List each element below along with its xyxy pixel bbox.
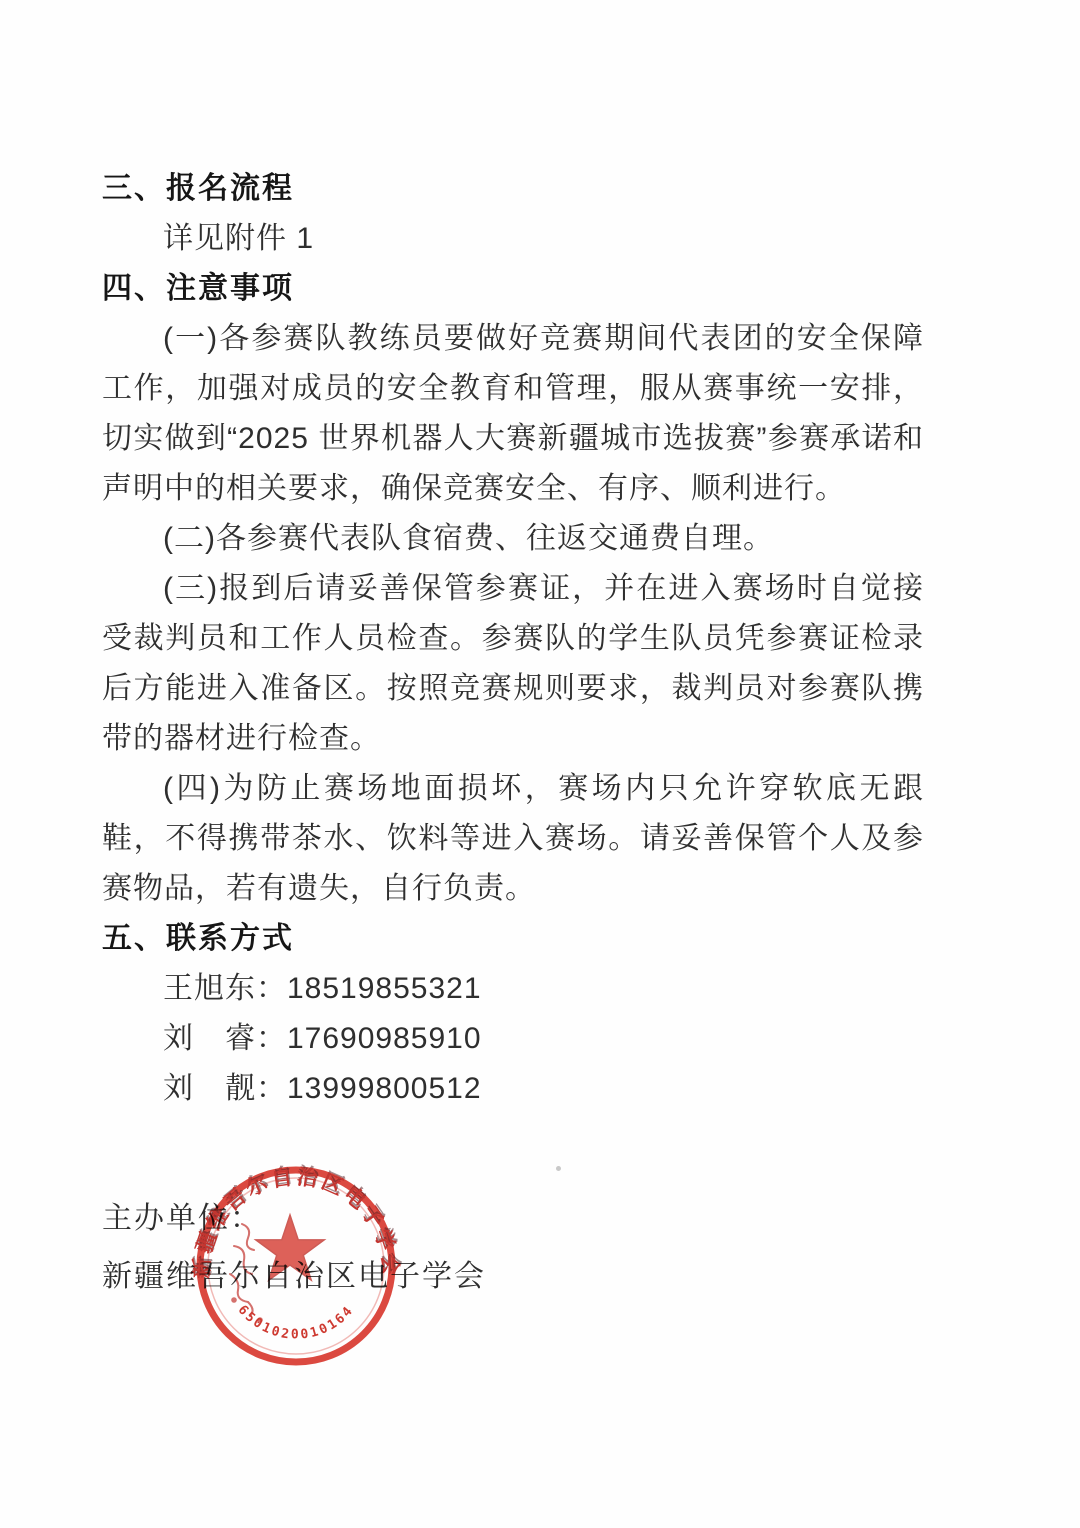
contact-line-liu-rui: 刘 睿：17690985910 — [102, 1014, 924, 1064]
note-paragraph-3: (三)报到后请妥善保管参赛证，并在进入赛场时自觉接受裁判员和工作人员检查。参赛队… — [102, 564, 924, 764]
note-paragraph-2: (二)各参赛代表队食宿费、往返交通费自理。 — [102, 514, 924, 564]
contact-line-liu-liang: 刘 靓：13999800512 — [102, 1064, 924, 1114]
section-heading-registration-process: 三、报名流程 — [102, 164, 924, 214]
official-seal-stamp: 新疆维吾尔自治区电子学会 新疆维吾尔自治区电子学会 6501020010164 — [190, 1160, 402, 1372]
section-heading-notes: 四、注意事项 — [102, 264, 924, 314]
document-page: 三、报名流程 详见附件 1 四、注意事项 (一)各参赛队教练员要做好竞赛期间代表… — [0, 0, 1080, 1528]
section-heading-contact: 五、联系方式 — [102, 914, 924, 964]
note-paragraph-4: (四)为防止赛场地面损坏，赛场内只允许穿软底无跟鞋，不得携带茶水、饮料等进入赛场… — [102, 764, 924, 914]
document-body: 三、报名流程 详见附件 1 四、注意事项 (一)各参赛队教练员要做好竞赛期间代表… — [102, 164, 924, 1114]
contact-line-wang-xudong: 王旭东：18519855321 — [102, 964, 924, 1014]
star-icon — [256, 1215, 324, 1280]
scan-speck — [556, 1166, 561, 1171]
note-paragraph-1: (一)各参赛队教练员要做好竞赛期间代表团的安全保障工作，加强对成员的安全教育和管… — [102, 314, 924, 514]
attachment-reference-line: 详见附件 1 — [102, 214, 924, 264]
